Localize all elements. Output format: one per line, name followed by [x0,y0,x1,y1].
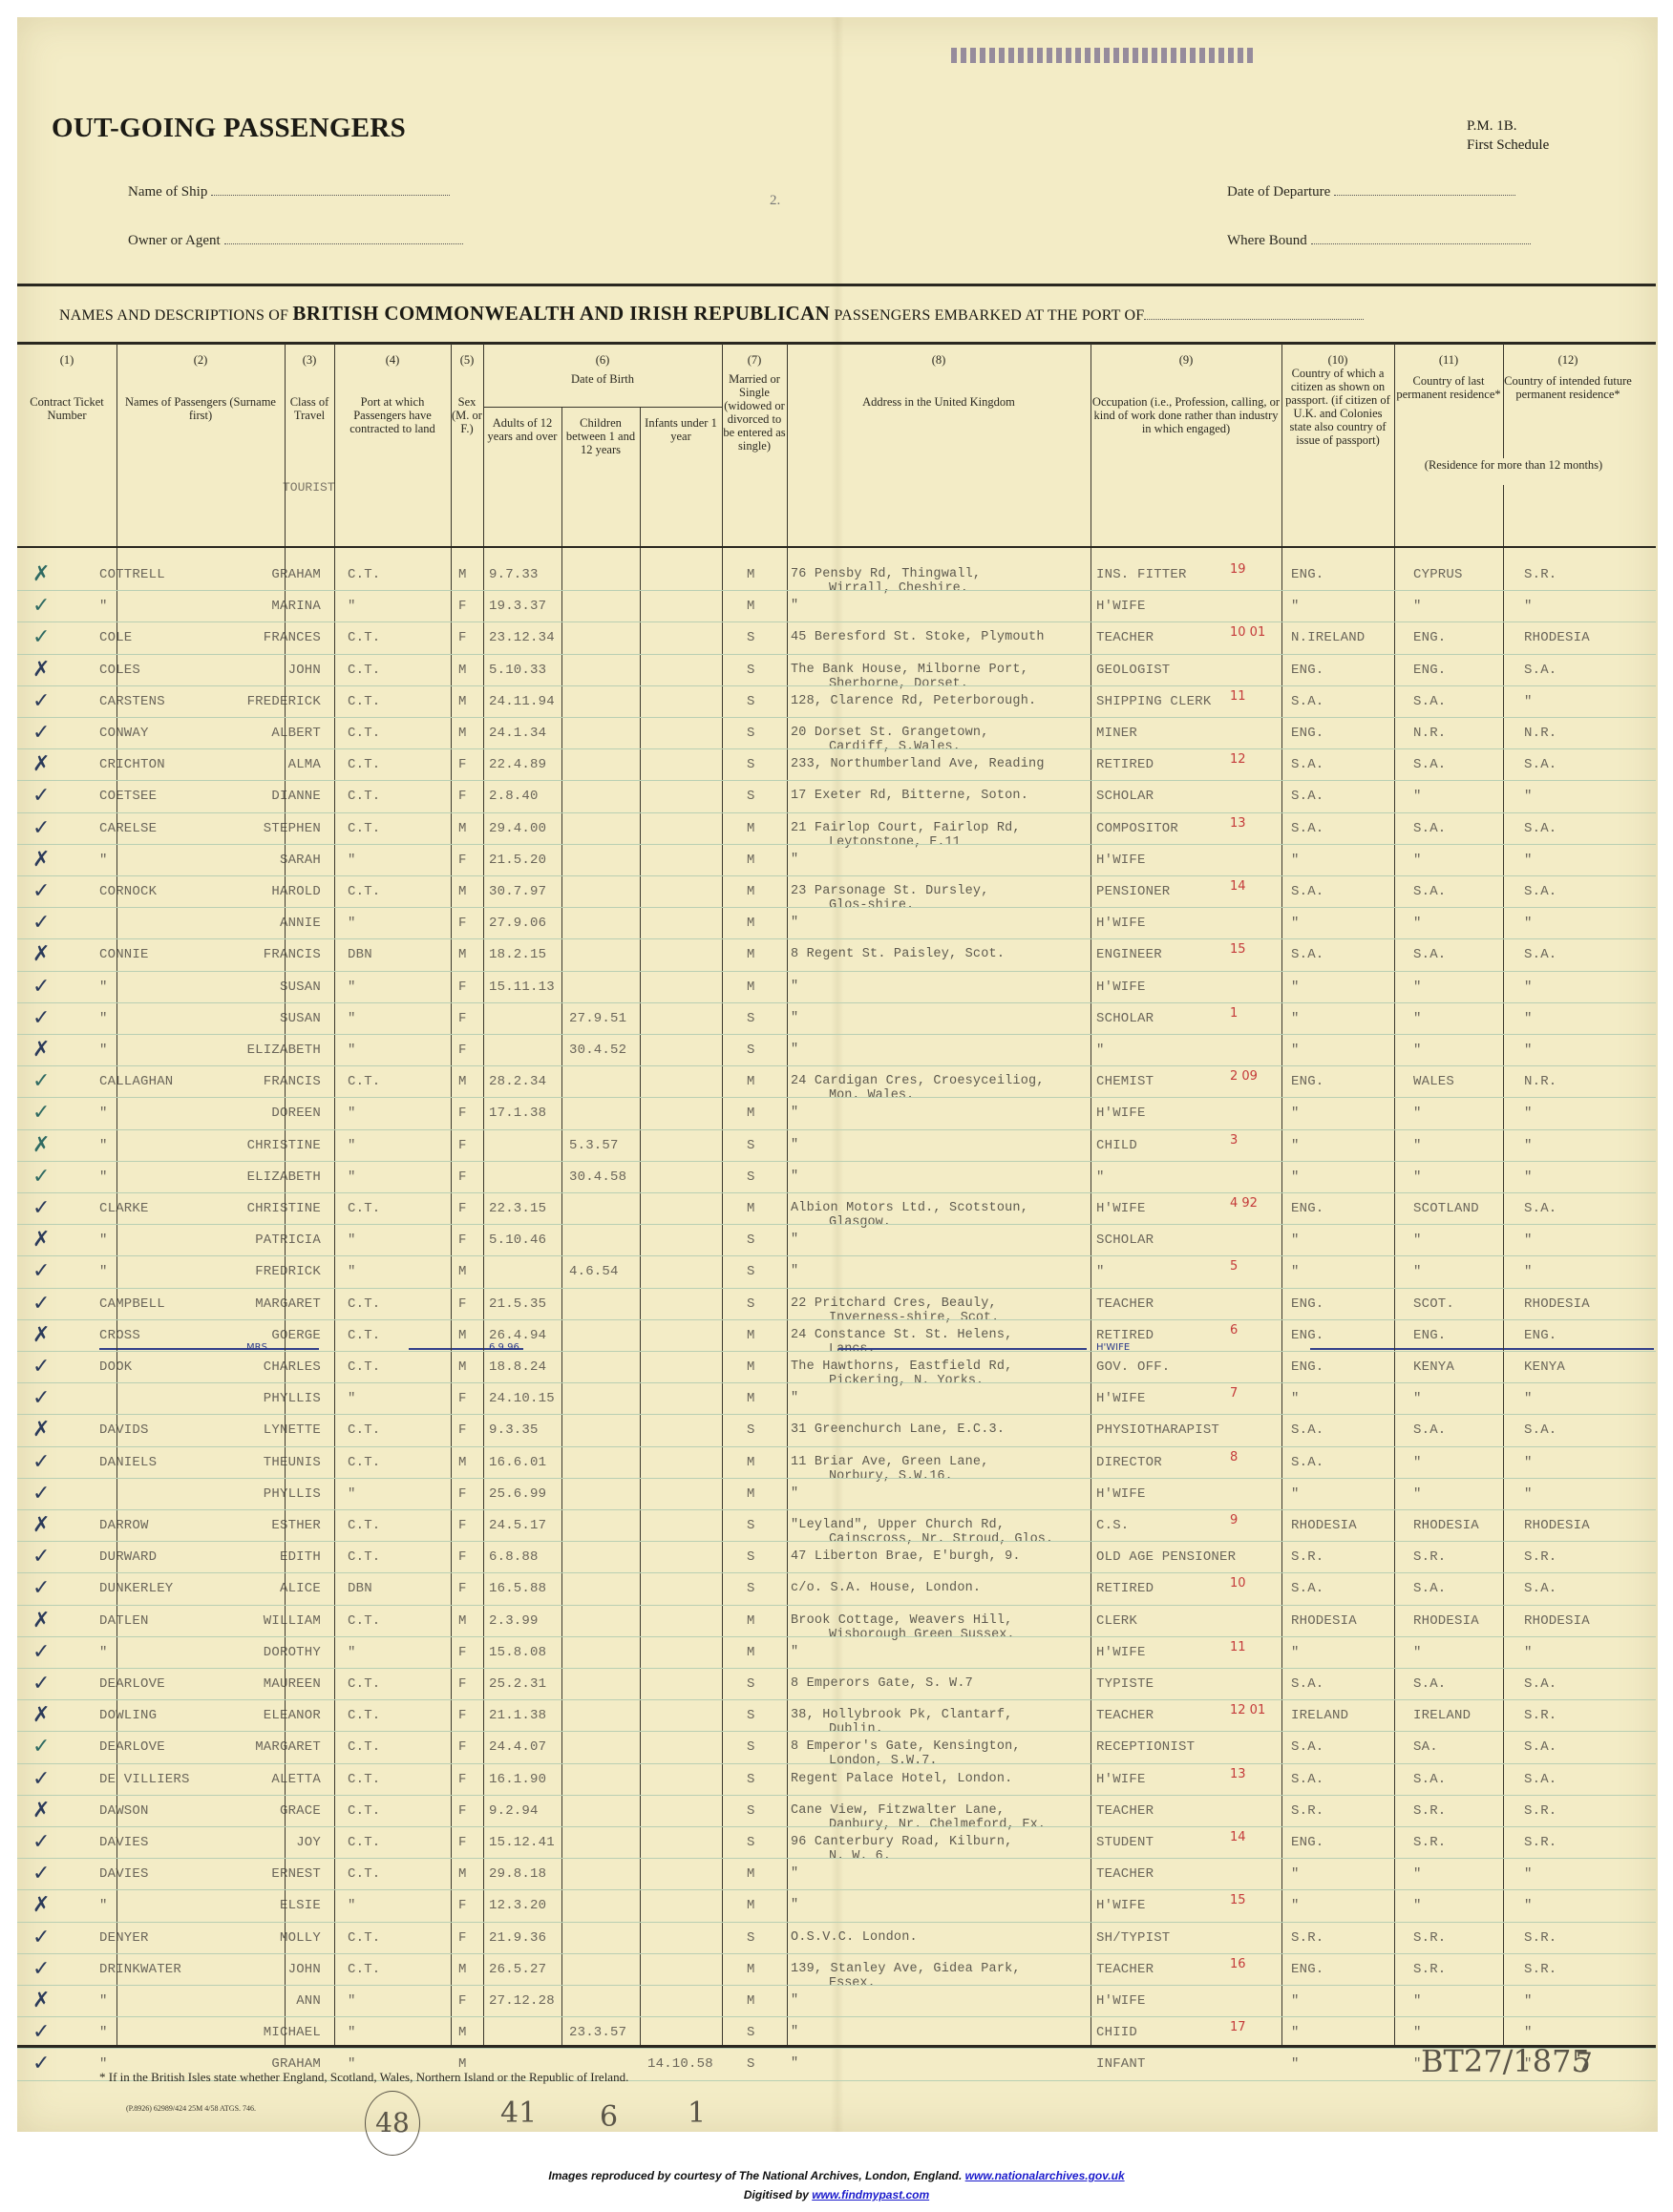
cell-port: C.T. [348,821,380,836]
cell-c10: ENG. [1291,1328,1324,1343]
cell-c10: IRELAND [1291,1708,1348,1723]
cell-ms: S [747,757,755,772]
cell-first: MICHAEL [264,2025,321,2040]
cell-occ: H'WIFE [1096,1898,1146,1913]
cell-adult: 5.10.46 [489,1232,546,1248]
cell-first: ANNIE [280,916,321,931]
cell-surname: DEARLOVE [99,1739,165,1755]
check-mark-icon: ✓ [32,816,50,840]
cell-occ: H'WIFE [1096,1993,1146,2009]
table-row: ✓"MICHAEL"M23.3.57S"CHIID"""17 [17,2016,1656,2048]
cell-adult: 17.1.38 [489,1106,546,1121]
cell-addr: " [791,1138,798,1152]
table-row: ✗COLESJOHNC.T.M5.10.33SThe Bank House, M… [17,654,1656,685]
cell-surname: DOWLING [99,1708,157,1723]
form-id: P.M. 1B. First Schedule [1467,116,1549,155]
table-row: ✓PHYLLIS"F25.6.99M"H'WIFE""" [17,1478,1656,1509]
cell-addr: " [791,2025,798,2039]
cell-addr: 8 Emperors Gate, S. W.7 [791,1676,973,1691]
cell-c12: S.A. [1524,1676,1557,1692]
credits-line-1: Images reproduced by courtesy of The Nat… [0,2169,1673,2182]
cell-c11: " [1413,599,1422,614]
col-3-header: (3)Class of Travel [285,353,334,422]
cell-c11: ENG. [1413,1328,1446,1343]
cell-ms: S [747,663,755,678]
cell-port: " [348,1486,356,1502]
cell-sex: F [458,1803,467,1819]
cell-c10: S.A. [1291,821,1324,836]
cell-occ: H'WIFE [1096,1391,1146,1406]
cell-occ: CHEMIST [1096,1074,1154,1089]
cell-c11: S.R. [1413,1962,1446,1977]
cell-addr: " [791,1169,798,1184]
cell-c10: ENG. [1291,663,1324,678]
where-bound-label: Where Bound [1227,233,1307,248]
cell-c11: S.R. [1413,1835,1446,1850]
cell-occ: H'WIFE [1096,1486,1146,1502]
check-mark-icon: ✓ [32,1101,50,1125]
cell-c12: N.R. [1524,1074,1557,1089]
cell-c10: ENG. [1291,1074,1324,1089]
cell-first: MARGARET [255,1296,321,1312]
cell-ms: M [747,1613,755,1629]
cell-port: C.T. [348,1803,380,1819]
cell-occ: " [1096,1264,1105,1279]
cell-first: PHYLLIS [264,1391,321,1406]
cell-port: " [348,1138,356,1153]
cell-sex: F [458,1739,467,1755]
check-mark-icon: ✓ [32,1482,50,1506]
cell-occ: RETIRED [1096,1581,1154,1596]
check-mark-icon: ✗ [32,1799,50,1822]
cell-c11: S.A. [1413,1772,1446,1787]
cell-addr: 47 Liberton Brae, E'burgh, 9. [791,1549,1021,1564]
cell-c10: ENG. [1291,1201,1324,1216]
cell-surname: " [99,980,108,995]
table-row: ✓"ELIZABETH"F30.4.58S""""" [17,1161,1656,1192]
table-row: ✗DOWLINGELEANORC.T.F21.1.38S38, Hollybro… [17,1699,1656,1731]
cell-surname: CAMPBELL [99,1296,165,1312]
cell-adult: 25.6.99 [489,1486,546,1502]
cell-occ: TEACHER [1096,1866,1154,1882]
cell-sex: F [458,1549,467,1565]
cell-first: DOREEN [271,1106,321,1121]
cell-ms: S [747,694,755,709]
cell-port: " [348,853,356,868]
cell-ms: M [747,1391,755,1406]
cell-first: GOERGE [271,1328,321,1343]
cell-c10: " [1291,1993,1300,2009]
cell-addr: 20 Dorset St. Grangetown, [791,726,989,740]
table-row: ✓"DOREEN"F17.1.38M"H'WIFE""" [17,1097,1656,1128]
table-row: ✓DEARLOVEMAUREENC.T.F25.2.31S8 Emperors … [17,1668,1656,1699]
cell-occ: H'WIFE [1096,1201,1146,1216]
cell-c10: " [1291,1645,1300,1660]
banner-suffix: PASSENGERS EMBARKED AT THE PORT OF [834,307,1144,324]
page-mark: 2. [770,193,780,209]
cell-adult: 21.1.38 [489,1708,546,1723]
cell-surname: CARELSE [99,821,157,836]
cell-addr: " [791,1106,798,1120]
cell-adult: 29.4.00 [489,821,546,836]
cell-adult: 22.3.15 [489,1201,546,1216]
cell-first: FRANCIS [264,947,321,962]
cell-adult: 2.3.99 [489,1613,539,1629]
check-mark-icon: ✓ [32,625,50,649]
cell-sex: F [458,1422,467,1438]
cell-ms: M [747,821,755,836]
cell-addr: 21 Fairlop Court, Fairlop Rd, [791,821,1021,835]
check-mark-icon: ✗ [32,1609,50,1633]
cell-occ: CHIID [1096,2025,1137,2040]
strikethrough-line [838,1348,1087,1350]
cell-c12: " [1524,1486,1533,1502]
cell-surname: DARROW [99,1518,149,1533]
cell-port: " [348,1106,356,1121]
col-6b-header: Children between 1 and 12 years [561,416,640,456]
cell-addr: 24 Cardigan Cres, Croesyceiliog, [791,1074,1045,1088]
cell-c11: WALES [1413,1074,1454,1089]
cell-addr: O.S.V.C. London. [791,1930,918,1945]
cell-c12: " [1524,1993,1533,2009]
credits-line-2: Digitised by www.findmypast.com [0,2188,1673,2201]
cell-c11: S.A. [1413,1676,1446,1692]
cell-surname: DANIELS [99,1455,157,1470]
cell-occ: SCHOLAR [1096,1011,1154,1026]
cell-ms: M [747,853,755,868]
cell-occ: CHILD [1096,1138,1137,1153]
print-code: (P.8926) 62989/424 25M 4/58 ATGS. 746. [126,2104,256,2113]
cell-ms: M [747,980,755,995]
cell-c11: " [1413,853,1422,868]
check-mark-icon: ✓ [32,2052,50,2075]
cell-c12: S.R. [1524,1835,1557,1850]
check-mark-icon: ✓ [32,2020,50,2044]
cell-port: " [348,1898,356,1913]
cell-addr: "Leyland", Upper Church Rd, [791,1518,1005,1532]
cell-c10: " [1291,2025,1300,2040]
table-row: ✓CARSTENSFREDERICKC.T.M24.11.94S128, Cla… [17,685,1656,717]
cell-c10: " [1291,1391,1300,1406]
table-row: ✗CONNIEFRANCISDBNM18.2.15M8 Regent St. P… [17,938,1656,970]
cell-addr: 96 Canterbury Road, Kilburn, [791,1835,1012,1849]
check-mark-icon: ✗ [32,1989,50,2012]
cell-c11: " [1413,1993,1422,2009]
cell-occ: PHYSIOTHARAPIST [1096,1422,1219,1438]
cell-occ: DIRECTOR [1096,1455,1162,1470]
cell-adult: 30.7.97 [489,884,546,899]
cell-occ: C.S. [1096,1518,1129,1533]
owner-agent-field: Owner or Agent [128,232,463,249]
cell-adult: 5.10.33 [489,663,546,678]
cell-adult: 26.5.27 [489,1962,546,1977]
check-mark-icon: ✗ [32,1133,50,1157]
check-mark-icon: ✗ [32,848,50,872]
cell-c12: " [1524,1169,1533,1185]
cell-c11: RHODESIA [1413,1518,1479,1533]
cell-adult: 23.12.34 [489,630,555,645]
cell-sex: M [458,1328,467,1343]
table-row: ✗DATLENWILLIAMC.T.M2.3.99MBrook Cottage,… [17,1605,1656,1636]
cell-port: C.T. [348,1772,380,1787]
cell-port: C.T. [348,1835,380,1850]
cell-ms: M [747,1106,755,1121]
cell-c12: " [1524,1138,1533,1153]
cell-surname: " [99,1043,108,1058]
cell-c10: N.IRELAND [1291,630,1365,645]
cell-sex: M [458,884,467,899]
cell-c11: S.A. [1413,694,1446,709]
cell-addr: 128, Clarence Rd, Peterborough. [791,694,1036,708]
cell-ms: S [747,1708,755,1723]
cell-c12: " [1524,1106,1533,1121]
cell-port: " [348,2025,356,2040]
col-8-header: (8)Address in the United Kingdom [787,353,1091,409]
cell-c10: " [1291,1138,1300,1153]
cell-occ: PENSIONER [1096,884,1170,899]
cell-ms: M [747,1993,755,2009]
col-6-header: (6)Date of Birth [483,353,722,386]
cell-sex: M [458,2025,467,2040]
cell-occ: SCHOLAR [1096,1232,1154,1248]
cell-sex: F [458,1169,467,1185]
cell-c10: " [1291,1169,1300,1185]
cell-adult: 29.8.18 [489,1866,546,1882]
cell-ms: S [747,1676,755,1692]
cell-ms: S [747,1169,755,1185]
cell-c12: S.R. [1524,567,1557,582]
cell-c10: S.R. [1291,1930,1324,1946]
cell-c10: " [1291,1264,1300,1279]
cell-sex: F [458,630,467,645]
cell-first: ALBERT [271,726,321,741]
table-row: ✓DRINKWATERJOHNC.T.M26.5.27M139, Stanley… [17,1953,1656,1985]
cell-c12: S.A. [1524,821,1557,836]
cell-addr: 233, Northumberland Ave, Reading [791,757,1045,771]
cell-port: C.T. [348,1359,380,1375]
cell-c10: " [1291,1232,1300,1248]
cell-child: 5.3.57 [569,1138,619,1153]
handwritten-note: 8 [1230,1450,1238,1464]
cell-ms: S [747,2056,755,2072]
cell-surname: DRINKWATER [99,1962,181,1977]
cell-adult: 16.6.01 [489,1455,546,1470]
reference-mark: 7 [1576,2047,1593,2078]
cell-c10: S.A. [1291,1455,1324,1470]
cell-sex: F [458,980,467,995]
table-row: ✓DANIELSTHEUNISC.T.M16.6.01M11 Briar Ave… [17,1446,1656,1478]
cell-first: DIANNE [271,789,321,804]
cell-surname: " [99,1264,108,1279]
cell-addr: " [791,1264,798,1278]
cell-sex: F [458,1676,467,1692]
cell-c10: S.R. [1291,1803,1324,1819]
cell-addr: c/o. S.A. House, London. [791,1581,981,1595]
cell-addr: The Bank House, Milborne Port, [791,663,1028,677]
cell-ms: M [747,567,755,582]
cell-surname: DAVIES [99,1835,149,1850]
cell-adult: 22.4.89 [489,757,546,772]
cell-c10: S.A. [1291,694,1324,709]
cell-surname: " [99,2025,108,2040]
cell-sex: M [458,1264,467,1279]
cell-occ: RECEPTIONIST [1096,1739,1195,1755]
cell-surname: CROSS [99,1328,140,1343]
cell-addr: " [791,1011,798,1025]
cell-addr: " [791,1391,798,1405]
check-mark-icon: ✓ [32,721,50,745]
cell-c12: S.A. [1524,1772,1557,1787]
cell-c12: " [1524,1391,1533,1406]
cell-c11: SA. [1413,1739,1438,1755]
cell-occ: " [1096,1169,1105,1185]
cell-occ: TEACHER [1096,1296,1154,1312]
cell-surname: DAWSON [99,1803,149,1819]
table-row: ✓DAVIESJOYC.T.F15.12.41S96 Canterbury Ro… [17,1826,1656,1858]
cell-ms: S [747,1549,755,1565]
cell-c10: RHODESIA [1291,1613,1357,1629]
col-5-header: (5)Sex (M. or F.) [451,353,483,435]
cell-addr: 8 Regent St. Paisley, Scot. [791,947,1005,961]
cell-c12: RHODESIA [1524,1613,1590,1629]
cell-ms: M [747,916,755,931]
check-mark-icon: ✓ [32,1069,50,1093]
archive-stamp [951,48,1255,63]
cell-c12: " [1524,1866,1533,1882]
cell-ms: S [747,1138,755,1153]
cell-c12: " [1524,1043,1533,1058]
cell-c11: " [1413,1043,1422,1058]
cell-c11: " [1413,1011,1422,1026]
findmypast-link[interactable]: www.findmypast.com [812,2188,929,2201]
col-2-header: (2)Names of Passengers (Surname first) [116,353,285,422]
page-title: OUT-GOING PASSENGERS [52,113,406,144]
cell-sex: F [458,1138,467,1153]
cell-c11: " [1413,1866,1422,1882]
cell-adult: 15.11.13 [489,980,555,995]
cell-c10: S.R. [1291,1549,1324,1565]
cell-sex: F [458,1232,467,1248]
cell-c11: SCOTLAND [1413,1201,1479,1216]
cell-ms: S [747,630,755,645]
cell-port: C.T. [348,1328,380,1343]
cell-c10: S.A. [1291,757,1324,772]
cell-sex: M [458,1359,467,1375]
cell-c11: " [1413,1264,1422,1279]
cell-addr: Cane View, Fitzwalter Lane, [791,1803,1005,1818]
cell-ms: M [747,947,755,962]
cell-surname: CONWAY [99,726,149,741]
cell-ms: S [747,726,755,741]
cell-sex: M [458,726,467,741]
cell-port: C.T. [348,1296,380,1312]
cell-ms: S [747,1835,755,1850]
cell-c12: RHODESIA [1524,1518,1590,1533]
cell-surname: " [99,1898,108,1913]
cell-first: JOHN [288,1962,321,1977]
col-4-header: (4)Port at which Passengers have contrac… [334,353,451,435]
cell-c11: S.R. [1413,1930,1446,1946]
cell-adult: 9.2.94 [489,1803,539,1819]
cell-surname: " [99,853,108,868]
cell-first: LYNETTE [264,1422,321,1438]
cell-surname: " [99,1993,108,2009]
cell-first: MAUREEN [264,1676,321,1692]
table-row: ✓DUNKERLEYALICEDBNF16.5.88Sc/o. S.A. Hou… [17,1572,1656,1604]
cell-port: " [348,1993,356,2009]
cell-c11: SCOT. [1413,1296,1454,1312]
cell-c12: " [1524,1898,1533,1913]
cell-c12: " [1524,1232,1533,1248]
cell-surname: " [99,1645,108,1660]
col-1-header: (1)Contract Ticket Number [17,353,116,422]
credits-text-1: Images reproduced by courtesy of The Nat… [548,2169,962,2182]
cell-surname: CLARKE [99,1201,149,1216]
check-mark-icon: ✗ [32,942,50,966]
cell-first: FRANCES [264,630,321,645]
cell-sex: F [458,1993,467,2009]
national-archives-link[interactable]: www.nationalarchives.gov.uk [965,2169,1125,2182]
handwritten-note: 10 [1230,1576,1246,1591]
cell-c11: " [1413,916,1422,931]
check-mark-icon: ✗ [32,562,50,586]
cell-ms: M [747,1486,755,1502]
cell-occ: TYPISTE [1096,1676,1154,1692]
table-row: ✓DEARLOVEMARGARETC.T.F24.4.07S8 Emperor'… [17,1731,1656,1762]
check-mark-icon: ✓ [32,1862,50,1885]
cell-c12: " [1524,1011,1533,1026]
cell-adult: 18.2.15 [489,947,546,962]
cell-port: " [348,1391,356,1406]
cell-adult: 24.1.34 [489,726,546,741]
cell-surname: DEARLOVE [99,1676,165,1692]
cell-port: C.T. [348,1962,380,1977]
check-mark-icon: ✗ [32,752,50,776]
check-mark-icon: ✗ [32,1323,50,1347]
cell-addr: The Hawthorns, Eastfield Rd, [791,1359,1012,1374]
cell-c10: " [1291,2056,1300,2072]
cell-c11: " [1413,2025,1422,2040]
cell-surname: DAVIDS [99,1422,149,1438]
handwritten-note: 11 [1230,1640,1246,1654]
cell-ms: S [747,1011,755,1026]
cell-first: JOHN [288,663,321,678]
cell-infant: 14.10.58 [647,2056,713,2072]
handwritten-note: 16 [1230,1957,1246,1971]
cell-occ: INS. FITTER [1096,567,1187,582]
cell-c11: S.A. [1413,884,1446,899]
table-row: ✓DURWARDEDITHC.T.F6.8.88S47 Liberton Bra… [17,1541,1656,1572]
handwritten-note: 13 [1230,816,1246,831]
cell-port: C.T. [348,726,380,741]
cell-sex: M [458,567,467,582]
check-mark-icon: ✓ [32,594,50,618]
table-row: ✗CRICHTONALMAC.T.F22.4.89S233, Northumbe… [17,748,1656,780]
cell-addr: 8 Emperor's Gate, Kensington, [791,1739,1021,1754]
cell-adult: 19.3.37 [489,599,546,614]
check-mark-icon: ✗ [32,658,50,682]
cell-first: ELEANOR [264,1708,321,1723]
cell-c10: ENG. [1291,1296,1324,1312]
cell-surname: DATLEN [99,1613,149,1629]
cell-port: C.T. [348,694,380,709]
handwritten-note: 11 [1230,689,1246,704]
cell-port: C.T. [348,1455,380,1470]
cell-sex: F [458,1898,467,1913]
cell-port: " [348,1043,356,1058]
cell-ms: M [747,1962,755,1977]
cell-addr: 24 Constance St. St. Helens, [791,1328,1012,1342]
